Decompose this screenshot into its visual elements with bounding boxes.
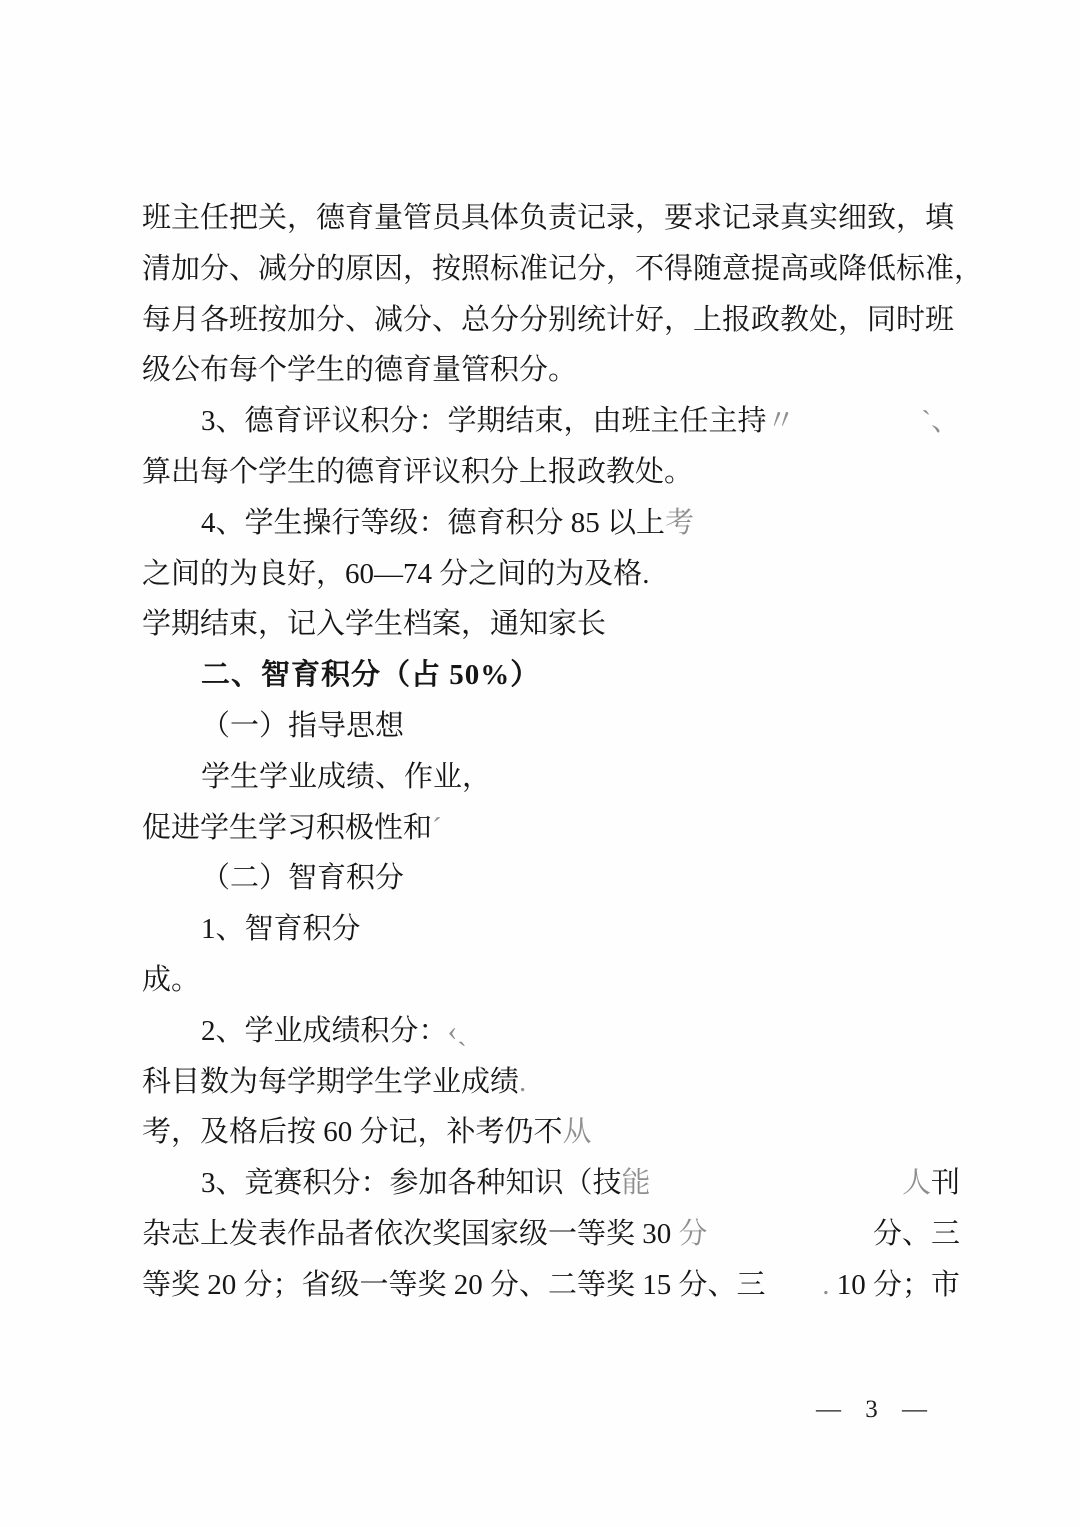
line-left-segment: 等奖 20 分；省级一等奖 20 分、二等奖 15 分、三 (142, 1260, 766, 1311)
line-left-segment: 二、智育积分（占 50%） (201, 659, 540, 691)
line-right-segment: 人刊 (902, 1158, 960, 1209)
page-number: — 3 — (816, 1396, 931, 1424)
text-line: 2、学业成绩积分：‹ˏ (142, 1006, 960, 1057)
line-left-segment: 算出每个学生的德育评议积分上报政教处。 (142, 456, 693, 488)
text-line: 1、智育积分 (142, 904, 960, 955)
document-body: 班主任把关，德育量管员具体负责记录，要求记录真实细致，填清加分、减分的原因，按照… (142, 193, 960, 1311)
text-line: 之间的为良好，60—74 分之间的为及格. (142, 549, 960, 600)
line-text: 班主任把关，德育量管员具体负责记录，要求记录真实细致，填 (142, 202, 954, 234)
line-text: 3、德育评议积分：学期结束，由班主任主持 (201, 405, 767, 437)
line-right-segment: ˋ、 (921, 396, 960, 447)
faded-text: . (822, 1269, 837, 1301)
document-page: 班主任把关，德育量管员具体负责记录，要求记录真实细致，填清加分、减分的原因，按照… (0, 0, 1080, 1527)
text-line: 算出每个学生的德育评议积分上报政教处。 (142, 447, 960, 498)
line-left-segment: 3、竞赛积分：参加各种知识（技能 (201, 1158, 651, 1209)
text-line: 学生学业成绩、作业， (142, 752, 960, 803)
line-text: 每月各班按加分、减分、总分分别统计好，上报政教处，同时班 (142, 304, 954, 336)
faded-text: ˊ (432, 812, 442, 844)
faded-text: 人 (902, 1167, 931, 1199)
line-text: 考，及格后按 60 分记，补考仍不 (142, 1116, 563, 1148)
line-text: 促进学生学习积极性和 (142, 812, 432, 844)
text-line: 班主任把关，德育量管员具体负责记录，要求记录真实细致，填 (142, 193, 960, 244)
line-left-segment: （一）指导思想 (201, 710, 404, 742)
line-text: 学期结束，记入学生档案，通知家长 (142, 608, 606, 640)
text-line: 清加分、减分的原因，按照标准记分，不得随意提高或降低标准， (142, 244, 960, 295)
faded-text: 从 (563, 1116, 592, 1148)
line-text: 算出每个学生的德育评议积分上报政教处。 (142, 456, 693, 488)
line-text: 刊 (931, 1167, 960, 1199)
text-line: 级公布每个学生的德育量管积分。 (142, 345, 960, 396)
line-left-segment: 4、学生操行等级：德育积分 85 以上考 (201, 507, 694, 539)
faded-text: . (519, 1066, 526, 1098)
line-left-segment: 杂志上发表作品者依次奖国家级一等奖 30 分 (142, 1209, 708, 1260)
faded-text: 〃 (767, 405, 796, 437)
faded-text: 分 (679, 1218, 708, 1250)
line-left-segment: 清加分、减分的原因，按照标准记分，不得随意提高或降低标准， (142, 253, 983, 285)
line-left-segment: 成。 (142, 964, 200, 996)
line-left-segment: 考，及格后按 60 分记，补考仍不从 (142, 1116, 592, 1148)
faded-text: ˋ、 (921, 405, 960, 437)
line-text: 之间的为良好，60—74 分之间的为及格. (142, 558, 650, 590)
line-text: 1、智育积分 (201, 913, 361, 945)
text-line: 4、学生操行等级：德育积分 85 以上考 (142, 498, 960, 549)
line-text: 二、智育积分（占 50%） (201, 659, 540, 691)
text-line: 每月各班按加分、减分、总分分别统计好，上报政教处，同时班 (142, 295, 960, 346)
line-right-segment: 分、三 (873, 1209, 960, 1260)
line-text: 3、竞赛积分：参加各种知识（技 (201, 1167, 622, 1199)
text-line: （一）指导思想 (142, 701, 960, 752)
line-text: 学生学业成绩、作业， (201, 761, 491, 793)
text-line: 学期结束，记入学生档案，通知家长 (142, 599, 960, 650)
line-left-segment: 学生学业成绩、作业， (201, 761, 491, 793)
text-line: （二）智育积分 (142, 853, 960, 904)
line-text: 级公布每个学生的德育量管积分。 (142, 354, 577, 386)
line-text: 4、学生操行等级：德育积分 85 以上 (201, 507, 665, 539)
line-text: 等奖 20 分；省级一等奖 20 分、二等奖 15 分、三 (142, 1269, 766, 1301)
line-text: 清加分、减分的原因，按照标准记分，不得随意提高或降低标准， (142, 253, 983, 285)
faded-text: 考 (665, 507, 694, 539)
text-line: 二、智育积分（占 50%） (142, 650, 960, 701)
line-right-segment: . 10 分；市 (822, 1260, 960, 1311)
line-left-segment: 2、学业成绩积分：‹ˏ (201, 1015, 467, 1047)
line-left-segment: 科目数为每学期学生学业成绩. (142, 1066, 526, 1098)
text-line: 科目数为每学期学生学业成绩. (142, 1057, 960, 1108)
faded-text: 能 (622, 1167, 651, 1199)
text-line: 考，及格后按 60 分记，补考仍不从 (142, 1107, 960, 1158)
text-line: 成。 (142, 955, 960, 1006)
line-left-segment: 每月各班按加分、减分、总分分别统计好，上报政教处，同时班 (142, 304, 954, 336)
line-left-segment: 3、德育评议积分：学期结束，由班主任主持〃 (201, 396, 796, 447)
line-text: 科目数为每学期学生学业成绩 (142, 1066, 519, 1098)
line-text: 2、学业成绩积分： (201, 1015, 448, 1047)
line-left-segment: 促进学生学习积极性和ˊ (142, 812, 442, 844)
line-left-segment: 1、智育积分 (201, 913, 361, 945)
line-text: 分、三 (873, 1218, 960, 1250)
text-line: 等奖 20 分；省级一等奖 20 分、二等奖 15 分、三. 10 分；市 (142, 1260, 960, 1311)
line-text: 成。 (142, 964, 200, 996)
line-text: 10 分；市 (837, 1269, 960, 1301)
faded-text: ‹ˏ (448, 1015, 467, 1047)
line-left-segment: 级公布每个学生的德育量管积分。 (142, 354, 577, 386)
line-left-segment: 班主任把关，德育量管员具体负责记录，要求记录真实细致，填 (142, 202, 954, 234)
line-text: （二）智育积分 (201, 862, 404, 894)
line-left-segment: 之间的为良好，60—74 分之间的为及格. (142, 558, 650, 590)
line-text: （一）指导思想 (201, 710, 404, 742)
text-line: 促进学生学习积极性和ˊ (142, 803, 960, 854)
text-line: 3、德育评议积分：学期结束，由班主任主持〃ˋ、 (142, 396, 960, 447)
text-line: 3、竞赛积分：参加各种知识（技能人刊 (142, 1158, 960, 1209)
line-text: 杂志上发表作品者依次奖国家级一等奖 30 (142, 1218, 679, 1250)
text-line: 杂志上发表作品者依次奖国家级一等奖 30 分分、三 (142, 1209, 960, 1260)
line-left-segment: （二）智育积分 (201, 862, 404, 894)
line-left-segment: 学期结束，记入学生档案，通知家长 (142, 608, 606, 640)
